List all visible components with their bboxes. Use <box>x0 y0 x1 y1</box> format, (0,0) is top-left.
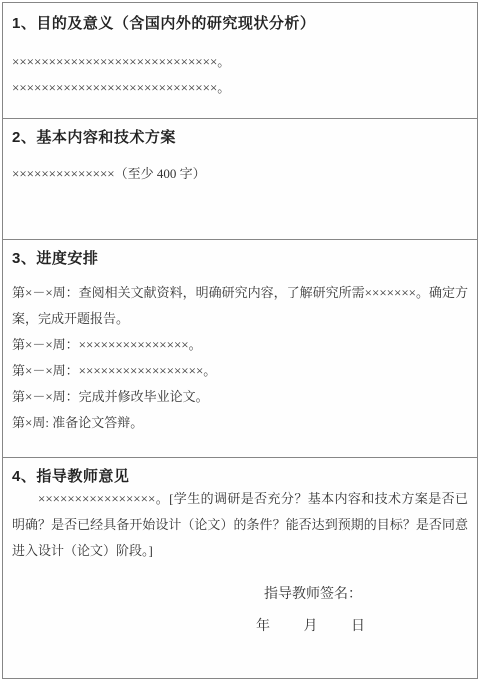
section-content-plan-title: 2、基本内容和技术方案 <box>12 129 468 147</box>
schedule-item: 第×周: 准备论文答辩。 <box>12 410 468 436</box>
section-content-plan: 2、基本内容和技术方案 ××××××××××××××（至少 400 字） <box>3 119 477 240</box>
schedule-item: 第×－×周：×××××××××××××××。 <box>12 332 468 358</box>
schedule-item: 第×－×周：×××××××××××××××××。 <box>12 358 468 384</box>
date-year-label: 年 <box>256 619 270 634</box>
placeholder-paragraph: ××××××××××××××××××××××××××××。 <box>12 75 468 101</box>
advisor-opinion-paragraph: ××××××××××××××××。[学生的调研是否充分？基本内容和技术方案是否已… <box>12 486 468 564</box>
date-line: 年 月 日 <box>256 618 468 636</box>
section-purpose: 1、目的及意义（含国内外的研究现状分析） ×××××××××××××××××××… <box>3 3 477 119</box>
schedule-item: 第×－×周：完成并修改毕业论文。 <box>12 384 468 410</box>
section-schedule: 3、进度安排 第×－×周：查阅相关文献资料，明确研究内容，了解研究所需×××××… <box>3 240 477 458</box>
date-month-label: 月 <box>304 619 318 634</box>
section-advisor-opinion-title: 4、指导教师意见 <box>12 468 468 486</box>
placeholder-paragraph: ××××××××××××××（至少 400 字） <box>12 161 468 187</box>
section-schedule-title: 3、进度安排 <box>12 250 468 268</box>
advisor-signature-label: 指导教师签名： <box>264 586 468 604</box>
date-day-label: 日 <box>351 619 365 634</box>
placeholder-paragraph: ××××××××××××××××××××××××××××。 <box>12 49 468 75</box>
schedule-item: 第×－×周：查阅相关文献资料，明确研究内容，了解研究所需×××××××。确定方案… <box>12 280 468 332</box>
section-advisor-opinion: 4、指导教师意见 ××××××××××××××××。[学生的调研是否充分？基本内… <box>3 458 477 678</box>
proposal-form-table: 1、目的及意义（含国内外的研究现状分析） ×××××××××××××××××××… <box>2 2 478 679</box>
section-purpose-title: 1、目的及意义（含国内外的研究现状分析） <box>12 15 468 33</box>
